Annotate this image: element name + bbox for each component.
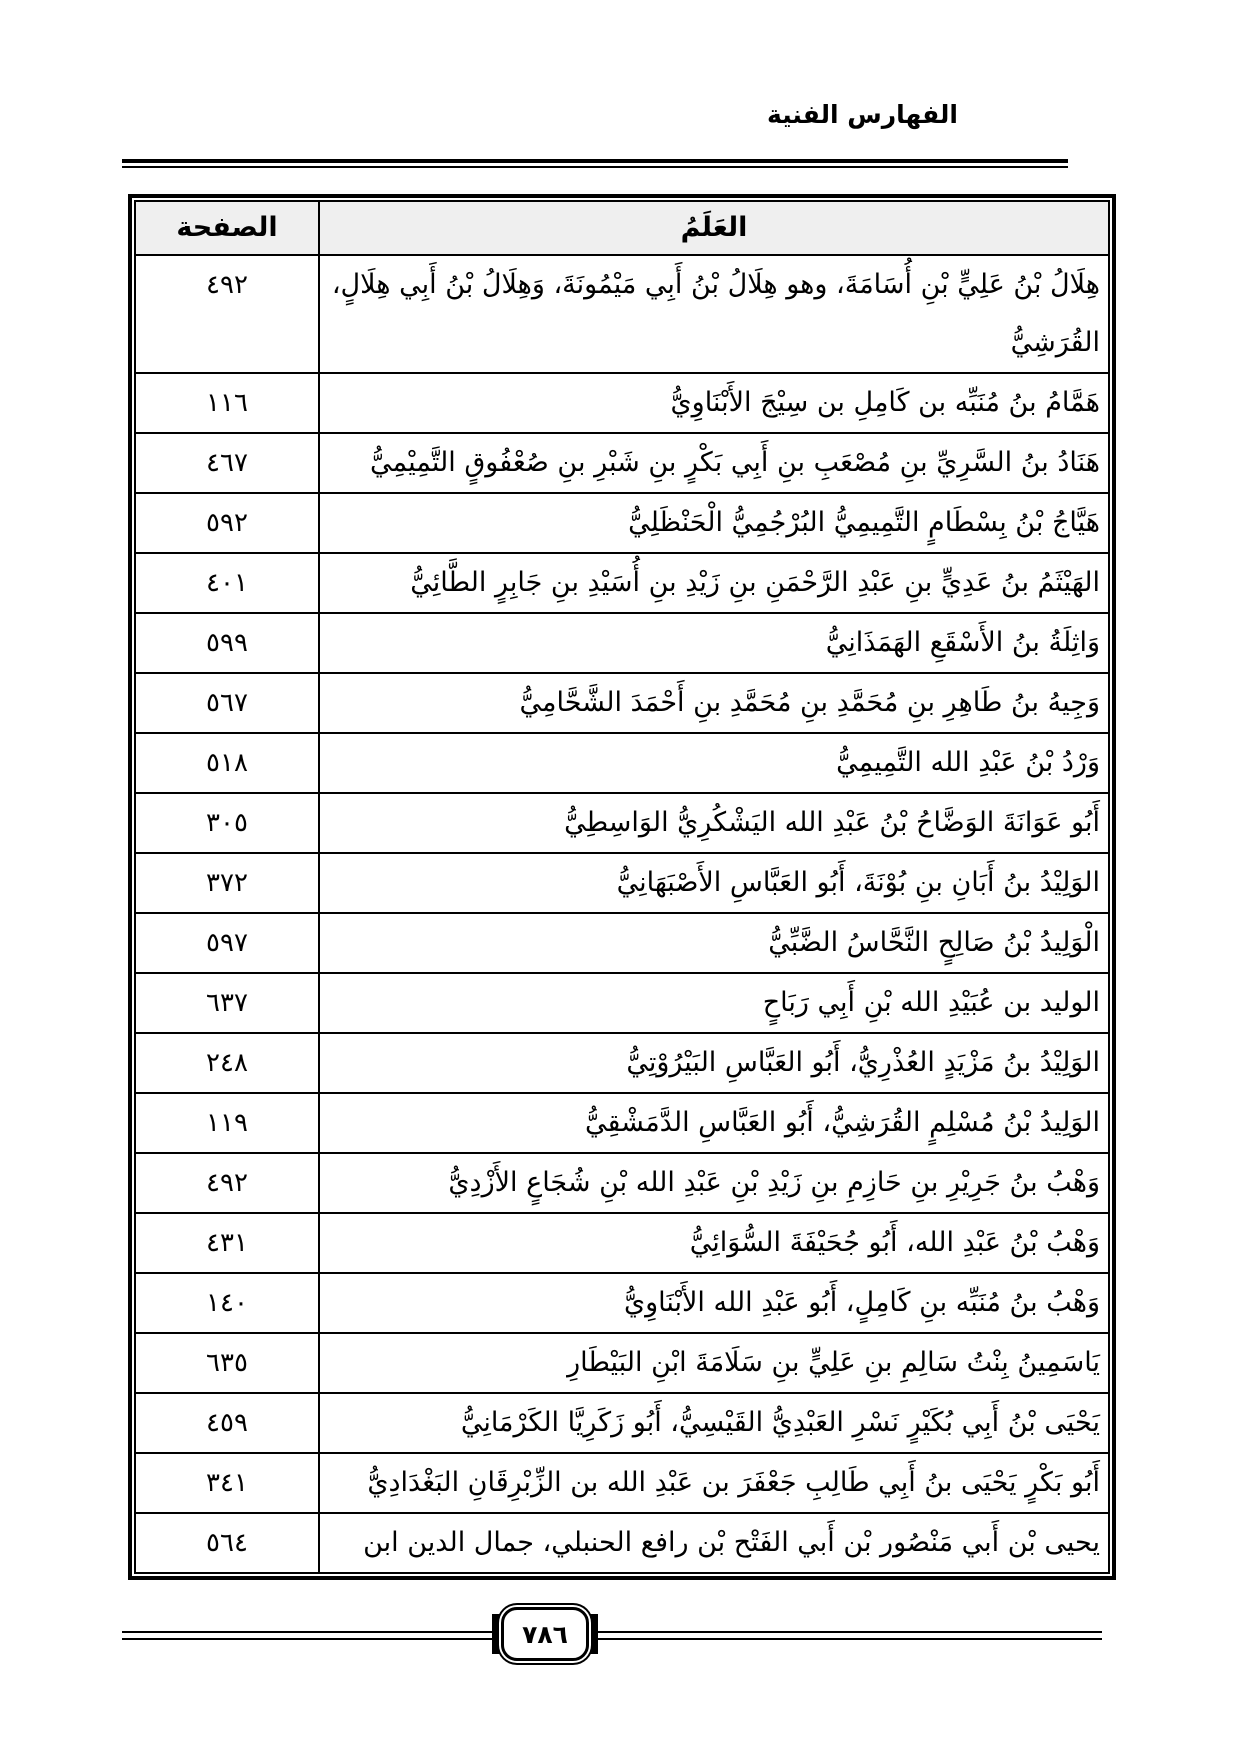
row-page: ٥٩٧	[136, 914, 318, 972]
table-row: وَجِيهُ بنُ طَاهِرِ بنِ مُحَمَّدِ بنِ مُ…	[136, 672, 1108, 732]
row-name: هَمَّامُ بنُ مُنَبِّه بن كَامِلِ بن سِيْ…	[318, 374, 1108, 432]
row-page: ٥٦٧	[136, 674, 318, 732]
table-body: هِلَالُ بْنُ عَلِيٍّ بْنِ أُسَامَةَ، وهو…	[136, 254, 1108, 1572]
row-page: ٤٦٧	[136, 434, 318, 492]
table-row: هِلَالُ بْنُ عَلِيٍّ بْنِ أُسَامَةَ، وهو…	[136, 254, 1108, 372]
row-name: الهَيْثَمُ بنُ عَدِيٍّ بنِ عَبْدِ الرَّح…	[318, 554, 1108, 612]
table-row: هَمَّامُ بنُ مُنَبِّه بن كَامِلِ بن سِيْ…	[136, 372, 1108, 432]
row-name: وَهْبُ بنُ جَرِيْرِ بنِ حَازِمِ بنِ زَيْ…	[318, 1154, 1108, 1212]
row-name: وَاثِلَةُ بنُ الأَسْقَعِ الهَمَذَانِيُّ	[318, 614, 1108, 672]
column-header-name: العَلَمُ	[318, 202, 1108, 254]
row-page: ١١٦	[136, 374, 318, 432]
running-head-title: الفهارس الفنية	[767, 100, 958, 129]
row-name: يحيى بْن أَبي مَنْصُور بْن أَبي الفَتْح …	[318, 1514, 1108, 1572]
table-row: وَهْبُ بنُ جَرِيْرِ بنِ حَازِمِ بنِ زَيْ…	[136, 1152, 1108, 1212]
table-row: أَبُو عَوَانَةَ الوَضَّاحُ بْنُ عَبْدِ ا…	[136, 792, 1108, 852]
row-name: يَاسَمِينُ بِنْتُ سَالِمِ بنِ عَلِيٍّ بن…	[318, 1334, 1108, 1392]
row-name: هِلَالُ بْنُ عَلِيٍّ بْنِ أُسَامَةَ، وهو…	[318, 256, 1108, 372]
row-page: ٦٣٧	[136, 974, 318, 1032]
table-row: الهَيْثَمُ بنُ عَدِيٍّ بنِ عَبْدِ الرَّح…	[136, 552, 1108, 612]
row-name: وَهْبُ بْنُ عَبْدِ الله، أَبُو جُحَيْفَة…	[318, 1214, 1108, 1272]
row-page: ٣٠٥	[136, 794, 318, 852]
row-name: وَهْبُ بنُ مُنَبِّه بنِ كَامِلٍ، أَبُو ع…	[318, 1274, 1108, 1332]
cartouche-pill: ٧٨٦	[501, 1607, 589, 1661]
table-row: الوليد بن عُبَيْدِ الله بْنِ أَبِي رَبَا…	[136, 972, 1108, 1032]
row-page: ٣٧٢	[136, 854, 318, 912]
row-name: الوَلِيدُ بْنُ مُسْلِمٍ القُرَشِيُّ، أَب…	[318, 1094, 1108, 1152]
row-name: الْوَلِيدُ بْنُ صَالِحٍ النَّحَّاسُ الضَ…	[318, 914, 1108, 972]
row-page: ٥١٨	[136, 734, 318, 792]
table-row: وَهْبُ بْنُ عَبْدِ الله، أَبُو جُحَيْفَة…	[136, 1212, 1108, 1272]
table-row: وَاثِلَةُ بنُ الأَسْقَعِ الهَمَذَانِيُّ …	[136, 612, 1108, 672]
row-name: الوَلِيْدُ بنُ أَبَانِ بنِ بُوْنَةَ، أَب…	[318, 854, 1108, 912]
table-row: وَهْبُ بنُ مُنَبِّه بنِ كَامِلٍ، أَبُو ع…	[136, 1272, 1108, 1332]
row-page: ٤٩٢	[136, 1154, 318, 1212]
table-row: هَيَّاجُ بْنُ بِسْطَامٍ التَّمِيمِيُّ ال…	[136, 492, 1108, 552]
row-page: ٤٥٩	[136, 1394, 318, 1452]
table-row: الوَلِيدُ بْنُ مُسْلِمٍ القُرَشِيُّ، أَب…	[136, 1092, 1108, 1152]
row-name: أَبُو بَكْرٍ يَحْيَى بنُ أَبِي طَالِبِ ج…	[318, 1454, 1108, 1512]
row-page: ٤٩٢	[136, 256, 318, 372]
table-row: وَرْدُ بْنُ عَبْدِ الله التَّمِيمِيُّ ٥١…	[136, 732, 1108, 792]
footer-double-rule	[122, 1631, 1102, 1640]
row-page: ٤٠١	[136, 554, 318, 612]
index-table: العَلَمُ الصفحة هِلَالُ بْنُ عَلِيٍّ بْن…	[128, 194, 1116, 1580]
row-name: الوليد بن عُبَيْدِ الله بْنِ أَبِي رَبَا…	[318, 974, 1108, 1032]
scanned-index-page: الفهارس الفنية العَلَمُ الصفحة هِلَالُ ب…	[0, 0, 1240, 1754]
table-row: يَحْيَى بْنُ أَبِي بُكَيْرٍ نَسْرِ العَب…	[136, 1392, 1108, 1452]
row-name: يَحْيَى بْنُ أَبِي بُكَيْرٍ نَسْرِ العَب…	[318, 1394, 1108, 1452]
row-name: أَبُو عَوَانَةَ الوَضَّاحُ بْنُ عَبْدِ ا…	[318, 794, 1108, 852]
table-row: الوَلِيْدُ بنُ مَزْيَدٍ العُذْرِيُّ، أَب…	[136, 1032, 1108, 1092]
row-name: هَيَّاجُ بْنُ بِسْطَامٍ التَّمِيمِيُّ ال…	[318, 494, 1108, 552]
row-name: وَرْدُ بْنُ عَبْدِ الله التَّمِيمِيُّ	[318, 734, 1108, 792]
column-header-page: الصفحة	[136, 202, 318, 254]
folio-number: ٧٨٦	[522, 1620, 568, 1649]
row-name: وَجِيهُ بنُ طَاهِرِ بنِ مُحَمَّدِ بنِ مُ…	[318, 674, 1108, 732]
table-row: يحيى بْن أَبي مَنْصُور بْن أَبي الفَتْح …	[136, 1512, 1108, 1572]
row-page: ٥٩٩	[136, 614, 318, 672]
table-row: أَبُو بَكْرٍ يَحْيَى بنُ أَبِي طَالِبِ ج…	[136, 1452, 1108, 1512]
row-page: ٦٣٥	[136, 1334, 318, 1392]
table-row: الْوَلِيدُ بْنُ صَالِحٍ النَّحَّاسُ الضَ…	[136, 912, 1108, 972]
row-page: ٥٦٤	[136, 1514, 318, 1572]
page-number-cartouche: ٧٨٦	[492, 1607, 598, 1661]
row-page: ٢٤٨	[136, 1034, 318, 1092]
row-page: ١١٩	[136, 1094, 318, 1152]
table-header-row: العَلَمُ الصفحة	[136, 202, 1108, 254]
header-double-rule	[122, 159, 1068, 168]
row-page: ٤٣١	[136, 1214, 318, 1272]
index-table-inner-border: العَلَمُ الصفحة هِلَالُ بْنُ عَلِيٍّ بْن…	[134, 200, 1110, 1574]
row-page: ٥٩٢	[136, 494, 318, 552]
row-page: ٣٤١	[136, 1454, 318, 1512]
row-page: ١٤٠	[136, 1274, 318, 1332]
table-row: هَنَادُ بنُ السَّرِيِّ بنِ مُصْعَبِ بنِ …	[136, 432, 1108, 492]
row-name: الوَلِيْدُ بنُ مَزْيَدٍ العُذْرِيُّ، أَب…	[318, 1034, 1108, 1092]
row-name: هَنَادُ بنُ السَّرِيِّ بنِ مُصْعَبِ بنِ …	[318, 434, 1108, 492]
table-row: يَاسَمِينُ بِنْتُ سَالِمِ بنِ عَلِيٍّ بن…	[136, 1332, 1108, 1392]
table-row: الوَلِيْدُ بنُ أَبَانِ بنِ بُوْنَةَ، أَب…	[136, 852, 1108, 912]
